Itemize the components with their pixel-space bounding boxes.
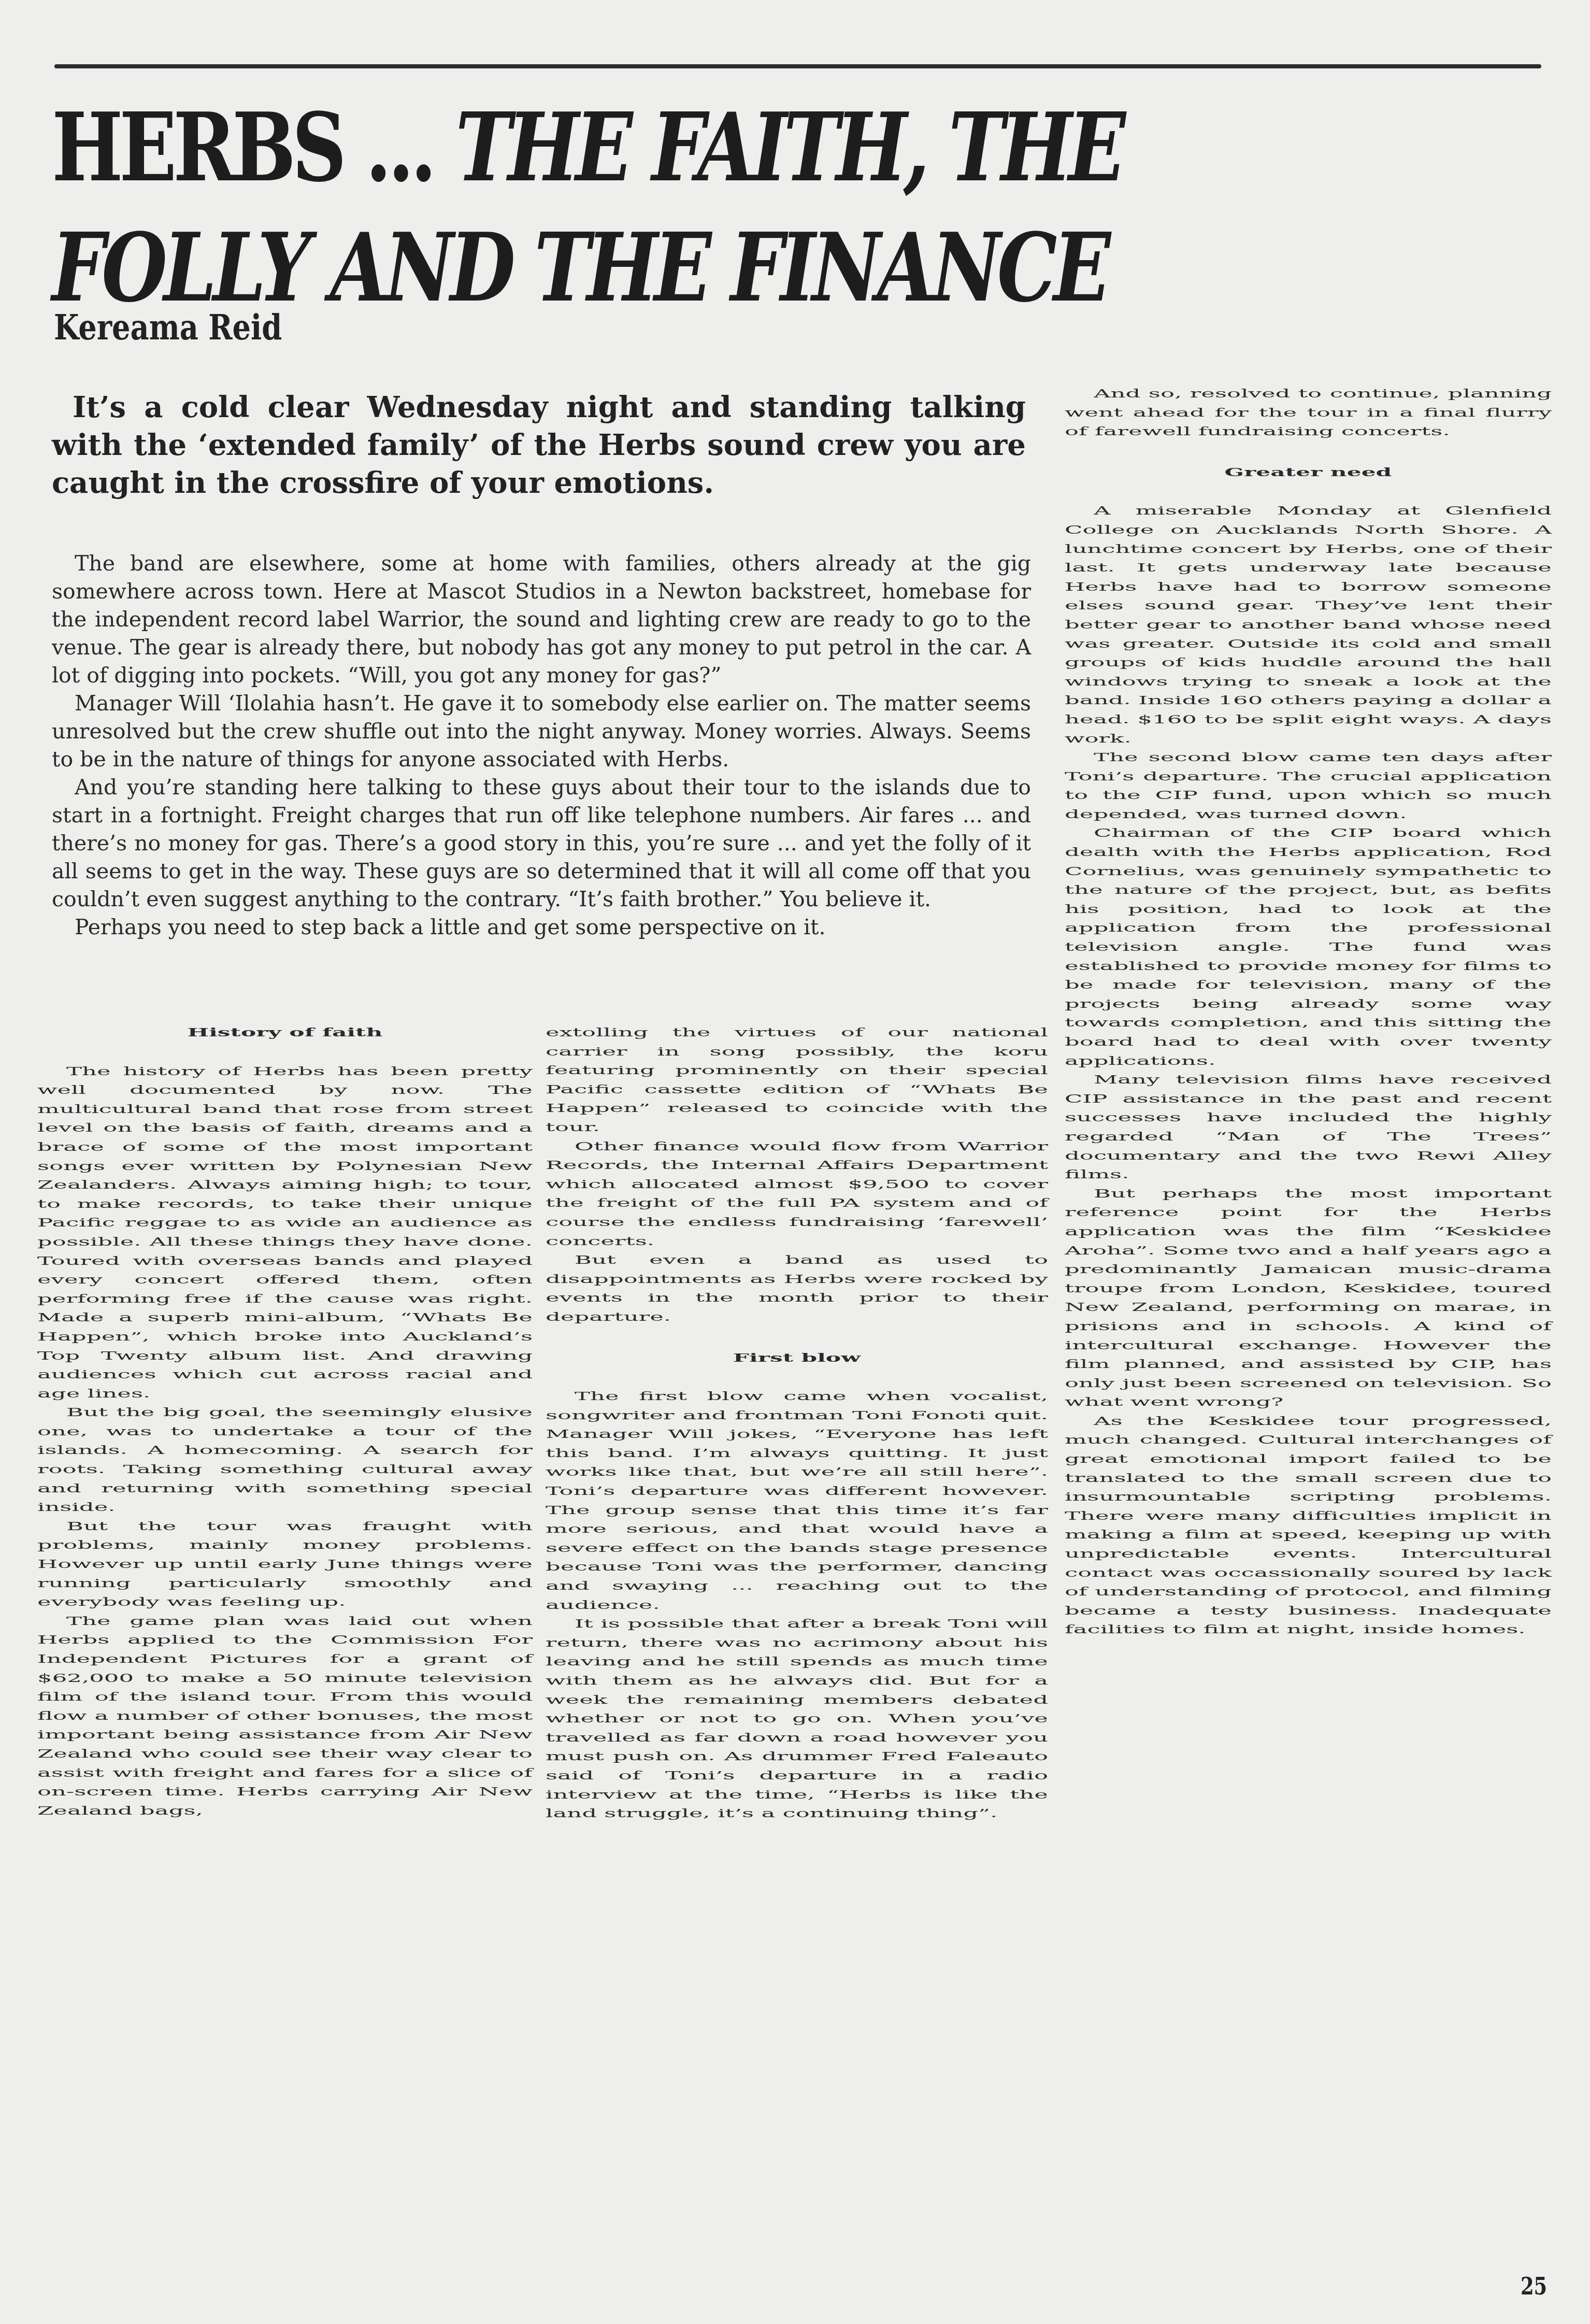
column-2: extolling the virtues of our national ca…	[546, 1023, 797, 1823]
body-paragraph: But the big goal, the seemingly elusive …	[37, 1403, 533, 1517]
column-2-body: extolling the virtues of our national ca…	[546, 1023, 1048, 1823]
column-3: And so, resolved to continue, planning w…	[1065, 384, 1308, 1639]
body-paragraph: A miserable Monday at Glenfield College …	[1065, 502, 1552, 748]
byline: Kereama Reid	[54, 307, 282, 348]
subhead-history-of-faith: History of faith	[37, 1023, 533, 1043]
headline-italic-1: THE FAITH, THE	[455, 92, 1122, 203]
intro-paragraph: The band are elsewhere, some at home wit…	[52, 549, 1031, 689]
body-paragraph: The history of Herbs has been pretty wel…	[37, 1062, 533, 1404]
intro-paragraph: Perhaps you need to step back a little a…	[52, 913, 1031, 941]
body-paragraph: It is possible that after a break Toni w…	[546, 1615, 1048, 1823]
body-paragraph: Many television films have received CIP …	[1065, 1071, 1552, 1185]
body-paragraph: Chairman of the CIP board which dealth w…	[1065, 824, 1552, 1071]
body-paragraph: The game plan was laid out when Herbs ap…	[37, 1612, 533, 1821]
body-paragraph: extolling the virtues of our national ca…	[546, 1023, 1048, 1137]
column-1-body: History of faith The history of Herbs ha…	[37, 1023, 533, 1820]
headline-line-1: HERBS ... THE FAITH, THE	[52, 87, 1171, 207]
top-rule	[54, 64, 1541, 68]
standfirst: It’s a cold clear Wednesday night and st…	[52, 389, 1026, 502]
body-paragraph: But even a band as used to disappointmen…	[546, 1251, 1048, 1327]
subhead-greater-need: Greater need	[1065, 463, 1552, 482]
body-paragraph: But the tour was fraught with problems, …	[37, 1517, 533, 1612]
subhead-first-blow: First blow	[546, 1349, 1048, 1368]
body-paragraph: But perhaps the most important reference…	[1065, 1185, 1552, 1412]
headline: HERBS ... THE FAITH, THE FOLLY AND THE F…	[52, 87, 1171, 327]
intro-section: The band are elsewhere, some at home wit…	[52, 549, 1031, 941]
body-paragraph: And so, resolved to continue, planning w…	[1065, 384, 1552, 441]
intro-paragraph: Manager Will ‘Ilolahia hasn’t. He gave i…	[52, 689, 1031, 773]
body-paragraph: As the Keskidee tour progressed, much ch…	[1065, 1412, 1552, 1639]
body-paragraph: Other finance would flow from Warrior Re…	[546, 1137, 1048, 1251]
body-paragraph: The second blow came ten days after Toni…	[1065, 748, 1552, 824]
intro-paragraph: And you’re standing here talking to thes…	[52, 773, 1031, 913]
column-1: History of faith The history of Herbs ha…	[37, 1023, 285, 1820]
headline-plain: HERBS ...	[52, 92, 455, 203]
body-paragraph: The first blow came when vocalist, songw…	[546, 1387, 1048, 1615]
page-number: 25	[1521, 2272, 1547, 2300]
column-3-body: And so, resolved to continue, planning w…	[1065, 384, 1552, 1639]
